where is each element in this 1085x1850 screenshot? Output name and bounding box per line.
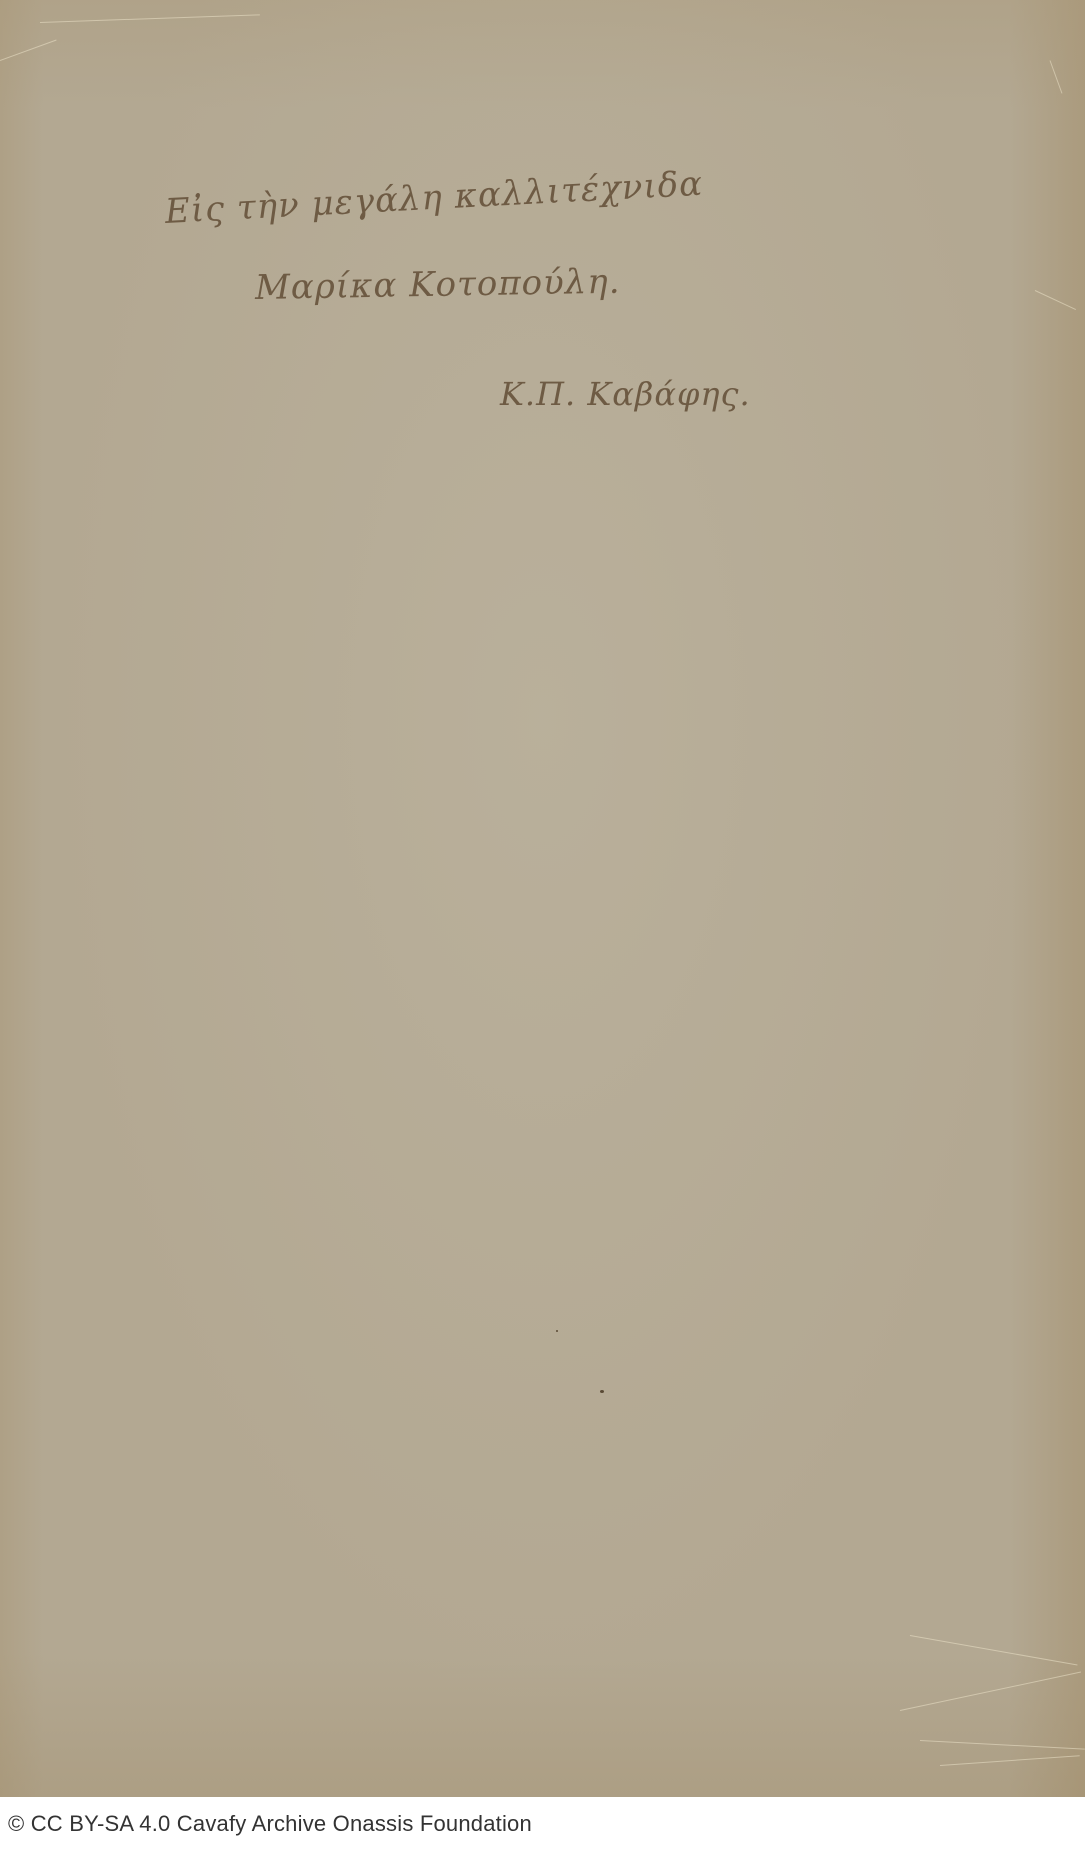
license-credit: © CC BY-SA 4.0 Cavafy Archive Onassis Fo… <box>8 1811 532 1837</box>
dedication-line-1: Εἰς τὴν μεγάλη καλλιτέχνιδα <box>164 164 704 232</box>
ink-speck <box>556 1330 558 1332</box>
paper-crease <box>1035 290 1076 310</box>
paper-crease <box>40 14 260 23</box>
scanned-page: Εἰς τὴν μεγάλη καλλιτέχνιδα Μαρίκα Κοτοπ… <box>0 0 1085 1797</box>
dedication-line-2: Μαρίκα Κοτοπούλη. <box>255 262 621 308</box>
paper-crease <box>1050 60 1063 93</box>
signature: Κ.Π. Καβάφης. <box>500 375 751 413</box>
paper-crease <box>940 1755 1080 1766</box>
paper-crease <box>900 1672 1081 1711</box>
paper-crease <box>910 1635 1078 1666</box>
ink-speck <box>600 1390 604 1393</box>
paper-crease <box>0 40 57 61</box>
paper-crease <box>920 1740 1085 1750</box>
footer: © CC BY-SA 4.0 Cavafy Archive Onassis Fo… <box>0 1797 1085 1850</box>
